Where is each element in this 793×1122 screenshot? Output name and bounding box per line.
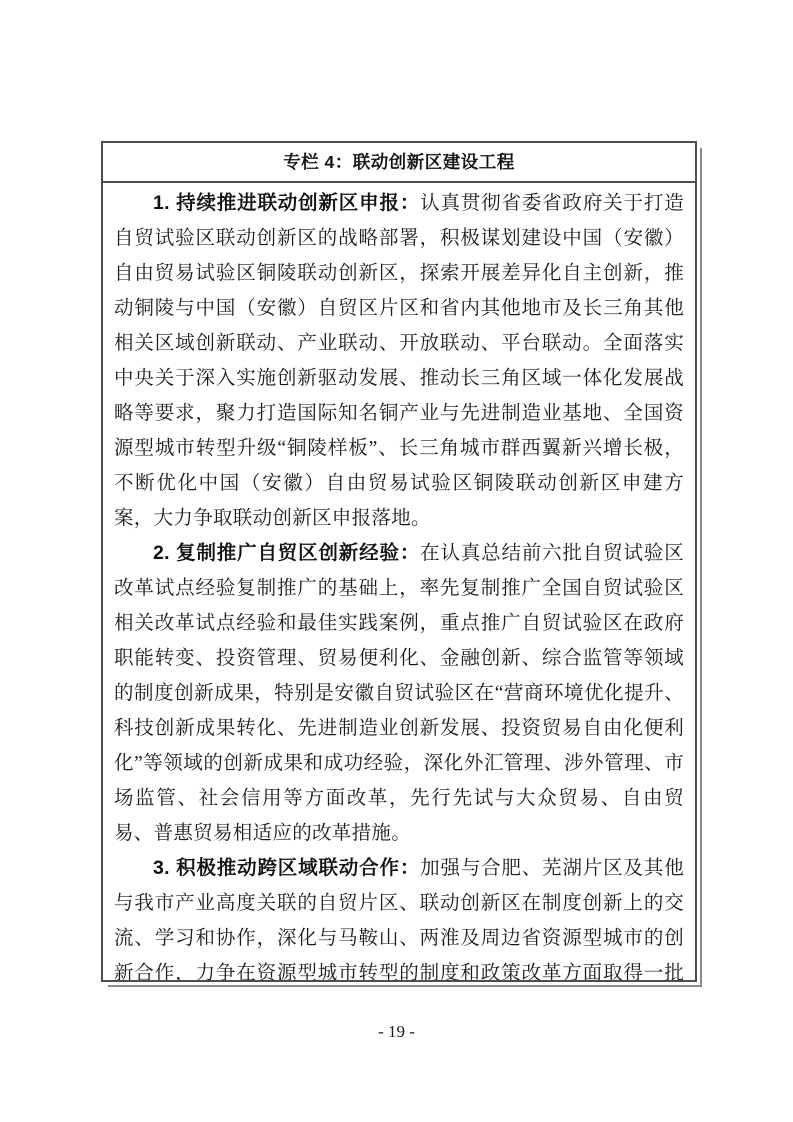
paragraph-2-text: 在认真总结前六批自贸试验区改革试点经验复制推广的基础上，率先复制推广全国自贸试验… — [114, 543, 684, 844]
paragraph-2-lead: 2. 复制推广自贸区创新经验： — [153, 542, 420, 564]
paragraph-3: 3. 积极推动跨区域联动合作：加强与合肥、芜湖片区及其他与我市产业高度关联的自贸… — [114, 851, 684, 980]
panel-body: 1. 持续推进联动创新区申报：认真贯彻省委省政府关于打造自贸试验区联动创新区的战… — [103, 183, 695, 980]
document-page: 专栏 4：联动创新区建设工程 1. 持续推进联动创新区申报：认真贯彻省委省政府关… — [0, 0, 793, 1122]
panel-title: 专栏 4：联动创新区建设工程 — [103, 143, 695, 183]
paragraph-1: 1. 持续推进联动创新区申报：认真贯彻省委省政府关于打造自贸试验区联动创新区的战… — [114, 186, 684, 536]
paragraph-1-lead: 1. 持续推进联动创新区申报： — [153, 192, 420, 214]
paragraph-1-text: 认真贯彻省委省政府关于打造自贸试验区联动创新区的战略部署，积极谋划建设中国（安徽… — [114, 193, 684, 529]
paragraph-3-lead: 3. 积极推动跨区域联动合作： — [153, 857, 420, 879]
page-number: - 19 - — [0, 1022, 793, 1042]
paragraph-2: 2. 复制推广自贸区创新经验：在认真总结前六批自贸试验区改革试点经验复制推广的基… — [114, 536, 684, 851]
column-panel: 专栏 4：联动创新区建设工程 1. 持续推进联动创新区申报：认真贯彻省委省政府关… — [101, 141, 697, 982]
